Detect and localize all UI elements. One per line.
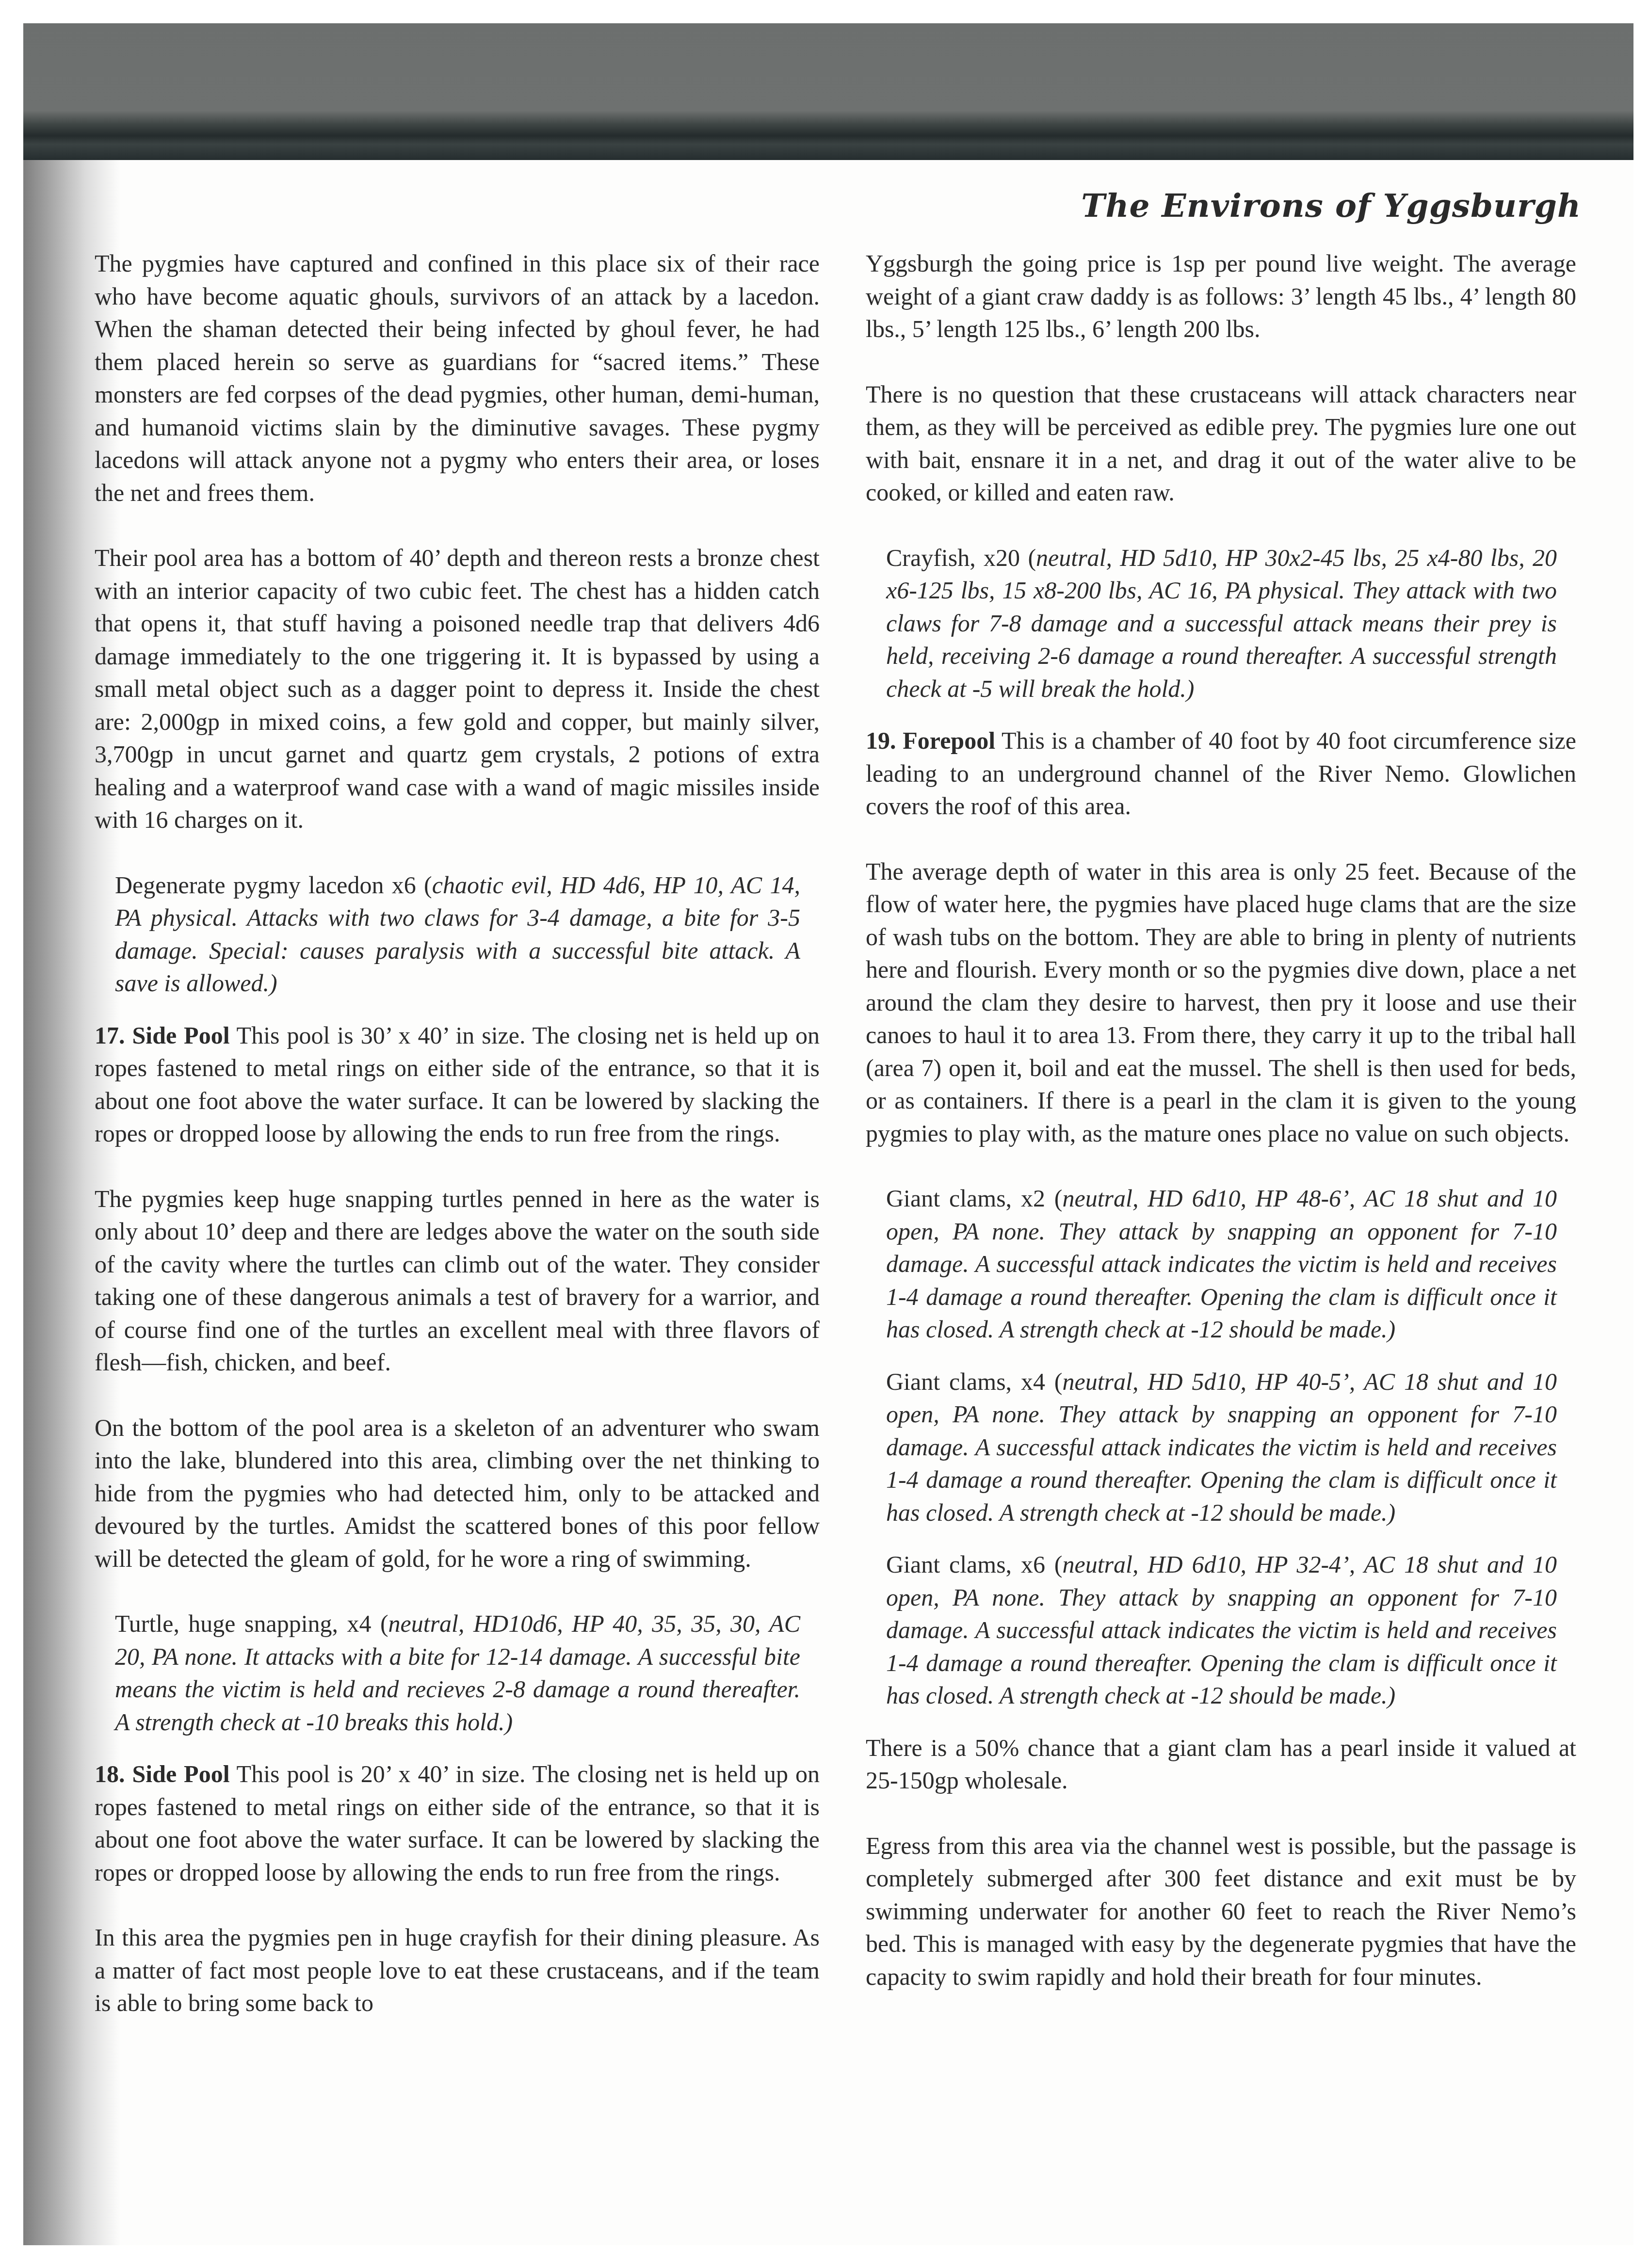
left-column: The pygmies have captured and confined i… — [95, 247, 820, 2052]
stat-name: Giant clams, x4 ( — [886, 1368, 1063, 1395]
area-heading: 19. Forepool — [866, 727, 995, 754]
paragraph-skeleton: On the bottom of the pool area is a skel… — [95, 1412, 820, 1576]
stat-name: Degenerate pygmy lacedon x6 ( — [115, 871, 432, 899]
paragraph-crayfish-pen: In this area the pygmies pen in huge cra… — [95, 1921, 820, 2020]
scanner-edge-band — [23, 23, 1633, 164]
paragraph-egress: Egress from this area via the channel we… — [866, 1830, 1576, 1994]
stat-block-clams-x2: Giant clams, x2 (neutral, HD 6d10, HP 48… — [866, 1182, 1576, 1346]
area-19-forepool: 19. Forepool This is a chamber of 40 foo… — [866, 724, 1576, 823]
stat-block-clams-x6: Giant clams, x6 (neutral, HD 6d10, HP 32… — [866, 1548, 1576, 1712]
paragraph-crustacean-attack: There is no question that these crustace… — [866, 378, 1576, 509]
running-header: The Environs of Yggsburgh — [1081, 187, 1581, 225]
stat-block-clams-x4: Giant clams, x4 (neutral, HD 5d10, HP 40… — [866, 1366, 1576, 1529]
stat-block-lacedon: Degenerate pygmy lacedon x6 (chaotic evi… — [95, 869, 820, 1000]
area-18-side-pool: 18. Side Pool This pool is 20’ x 40’ in … — [95, 1758, 820, 1889]
right-column: Yggsburgh the going price is 1sp per pou… — [866, 247, 1576, 2026]
stat-block-crayfish: Crayfish, x20 (neutral, HD 5d10, HP 30x2… — [866, 542, 1576, 706]
stat-name: Turtle, huge snapping, x4 ( — [115, 1610, 388, 1637]
area-17-side-pool: 17. Side Pool This pool is 30’ x 40’ in … — [95, 1019, 820, 1150]
area-heading: 18. Side Pool — [95, 1760, 230, 1787]
area-heading: 17. Side Pool — [95, 1022, 230, 1049]
paragraph-giant-clams: The average depth of water in this area … — [866, 855, 1576, 1150]
stat-name: Crayfish, x20 ( — [886, 544, 1036, 571]
paragraph-pearl-chance: There is a 50% chance that a giant clam … — [866, 1732, 1576, 1797]
paragraph-craw-price: Yggsburgh the going price is 1sp per pou… — [866, 247, 1576, 346]
paragraph-snapping-turtles: The pygmies keep huge snapping turtles p… — [95, 1183, 820, 1379]
stat-block-turtle: Turtle, huge snapping, x4 (neutral, HD10… — [95, 1608, 820, 1738]
stat-name: Giant clams, x6 ( — [886, 1551, 1063, 1578]
paragraph-lacedon-intro: The pygmies have captured and confined i… — [95, 247, 820, 509]
paragraph-bronze-chest: Their pool area has a bottom of 40’ dept… — [95, 542, 820, 836]
stat-name: Giant clams, x2 ( — [886, 1185, 1063, 1212]
